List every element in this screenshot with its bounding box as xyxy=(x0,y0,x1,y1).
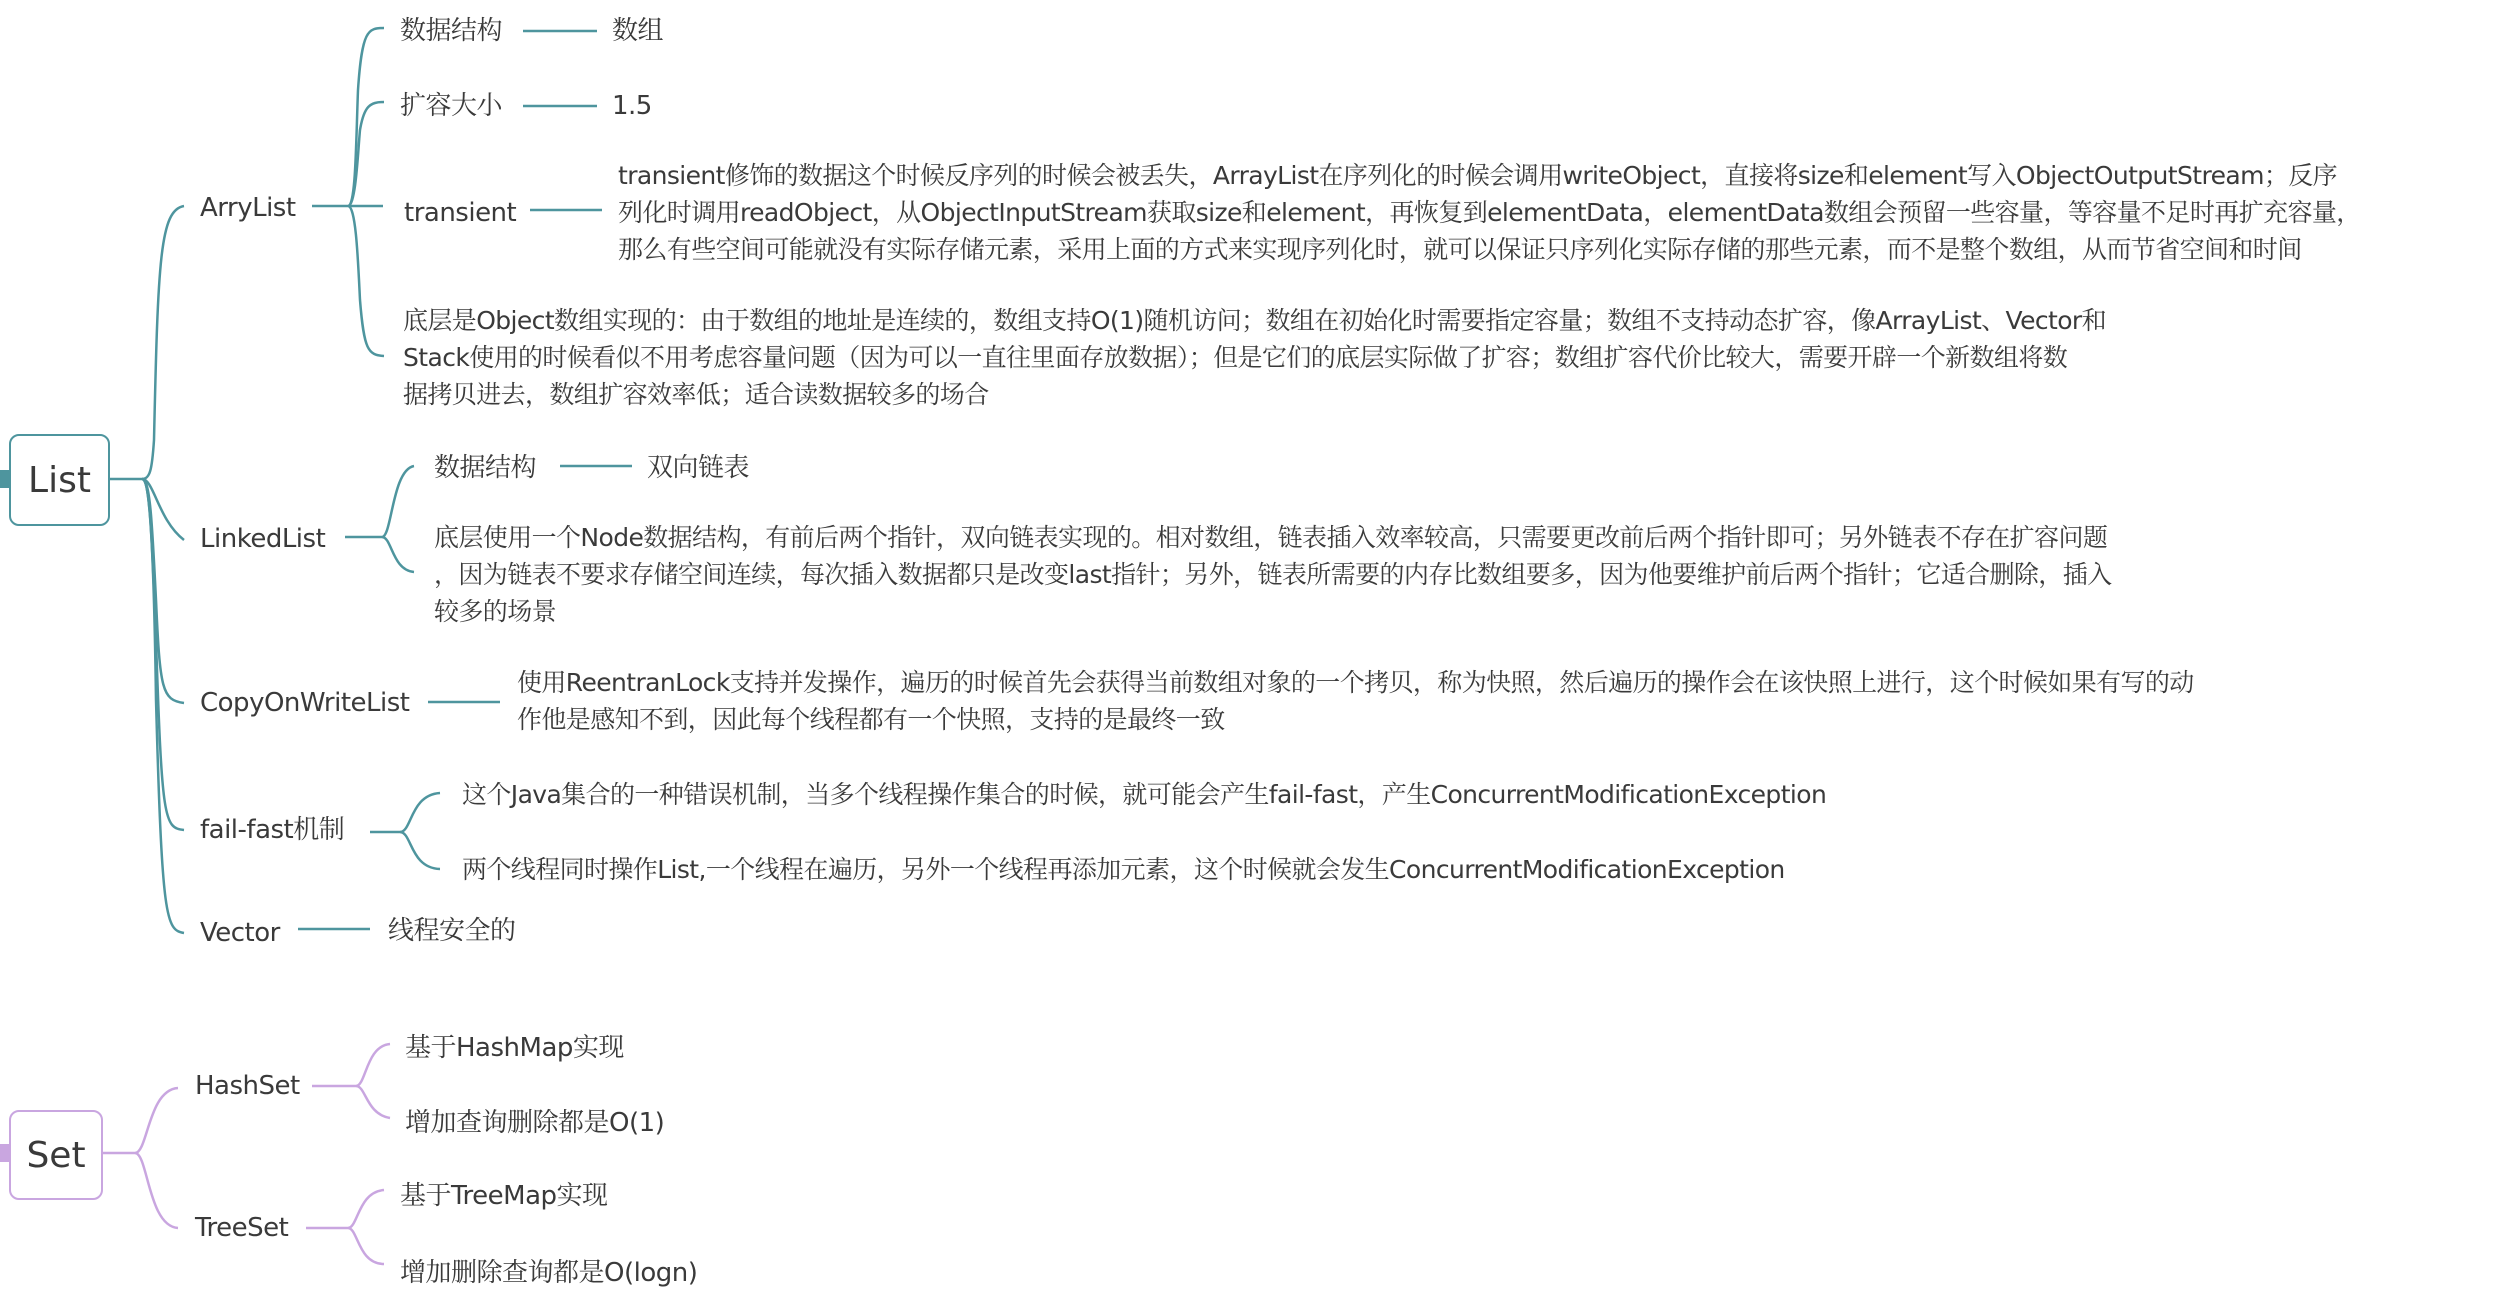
hashset-item-1[interactable]: 基于HashMap实现 xyxy=(405,1030,624,1066)
set-root-node[interactable]: Set xyxy=(9,1110,103,1200)
failfast-node[interactable]: fail-fast机制 xyxy=(200,812,344,848)
linkedlist-datastructure-value[interactable]: 双向链表 xyxy=(647,450,749,486)
failfast-item-1[interactable]: 这个Java集合的一种错误机制，当多个线程操作集合的时候，就可能会产生fail-… xyxy=(462,776,1826,813)
treeset-item-2[interactable]: 增加删除查询都是O(logn) xyxy=(400,1255,697,1291)
desc-line: 底层是Object数组实现的：由于数组的地址是连续的，数组支持O(1)随机访问；… xyxy=(403,302,2106,339)
hashset-node[interactable]: HashSet xyxy=(195,1068,300,1104)
arraylist-transient-node[interactable]: transient xyxy=(404,195,516,231)
arraylist-growth-value[interactable]: 1.5 xyxy=(612,88,652,124)
desc-line: 作他是感知不到，因此每个线程都有一个快照，支持的是最终一致 xyxy=(517,701,2194,738)
desc-line: 那么有些空间可能就没有实际存储元素，采用上面的方式来实现序列化时，就可以保证只序… xyxy=(618,231,2361,268)
arraylist-underlying-desc[interactable]: 底层是Object数组实现的：由于数组的地址是连续的，数组支持O(1)随机访问；… xyxy=(403,302,2106,413)
list-root-handle xyxy=(0,470,9,488)
desc-line: 据拷贝进去，数组扩容效率低；适合读数据较多的场合 xyxy=(403,376,2106,413)
linkedlist-desc[interactable]: 底层使用一个Node数据结构，有前后两个指针，双向链表实现的。相对数组，链表插入… xyxy=(434,519,2112,630)
arraylist-node[interactable]: ArryList xyxy=(200,190,296,226)
copyonwritelist-node[interactable]: CopyOnWriteList xyxy=(200,685,410,721)
hashset-item-2[interactable]: 增加查询删除都是O(1) xyxy=(405,1105,664,1141)
arraylist-datastructure-value[interactable]: 数组 xyxy=(612,13,663,49)
list-root-label: List xyxy=(28,460,91,501)
desc-line: 较多的场景 xyxy=(434,593,2112,630)
set-root-label: Set xyxy=(26,1135,85,1176)
desc-line: transient修饰的数据这个时候反序列的时候会被丢失，ArrayList在序… xyxy=(618,157,2361,194)
treeset-node[interactable]: TreeSet xyxy=(195,1210,288,1246)
failfast-item-2[interactable]: 两个线程同时操作List,一个线程在遍历，另外一个线程再添加元素，这个时候就会发… xyxy=(462,851,1785,888)
desc-line: ，因为链表不要求存储空间连续，每次插入数据都只是改变last指针；另外，链表所需… xyxy=(434,556,2112,593)
desc-line: 使用ReentranLock支持并发操作，遍历的时候首先会获得当前数组对象的一个… xyxy=(517,664,2194,701)
vector-value[interactable]: 线程安全的 xyxy=(388,913,516,949)
treeset-item-1[interactable]: 基于TreeMap实现 xyxy=(400,1178,608,1214)
desc-line: Stack使用的时候看似不用考虑容量问题（因为可以一直往里面存放数据）；但是它们… xyxy=(403,339,2106,376)
linkedlist-node[interactable]: LinkedList xyxy=(200,521,325,557)
copyonwritelist-desc[interactable]: 使用ReentranLock支持并发操作，遍历的时候首先会获得当前数组对象的一个… xyxy=(517,664,2194,738)
linkedlist-datastructure-node[interactable]: 数据结构 xyxy=(434,450,536,486)
desc-line: 列化时调用readObject，从ObjectInputStream获取size… xyxy=(618,194,2361,231)
list-root-node[interactable]: List xyxy=(9,434,110,526)
vector-node[interactable]: Vector xyxy=(200,915,280,951)
desc-line: 底层使用一个Node数据结构，有前后两个指针，双向链表实现的。相对数组，链表插入… xyxy=(434,519,2112,556)
arraylist-datastructure-node[interactable]: 数据结构 xyxy=(400,13,502,49)
set-root-handle xyxy=(0,1144,9,1162)
arraylist-growth-node[interactable]: 扩容大小 xyxy=(400,88,502,124)
arraylist-transient-desc[interactable]: transient修饰的数据这个时候反序列的时候会被丢失，ArrayList在序… xyxy=(618,157,2361,268)
